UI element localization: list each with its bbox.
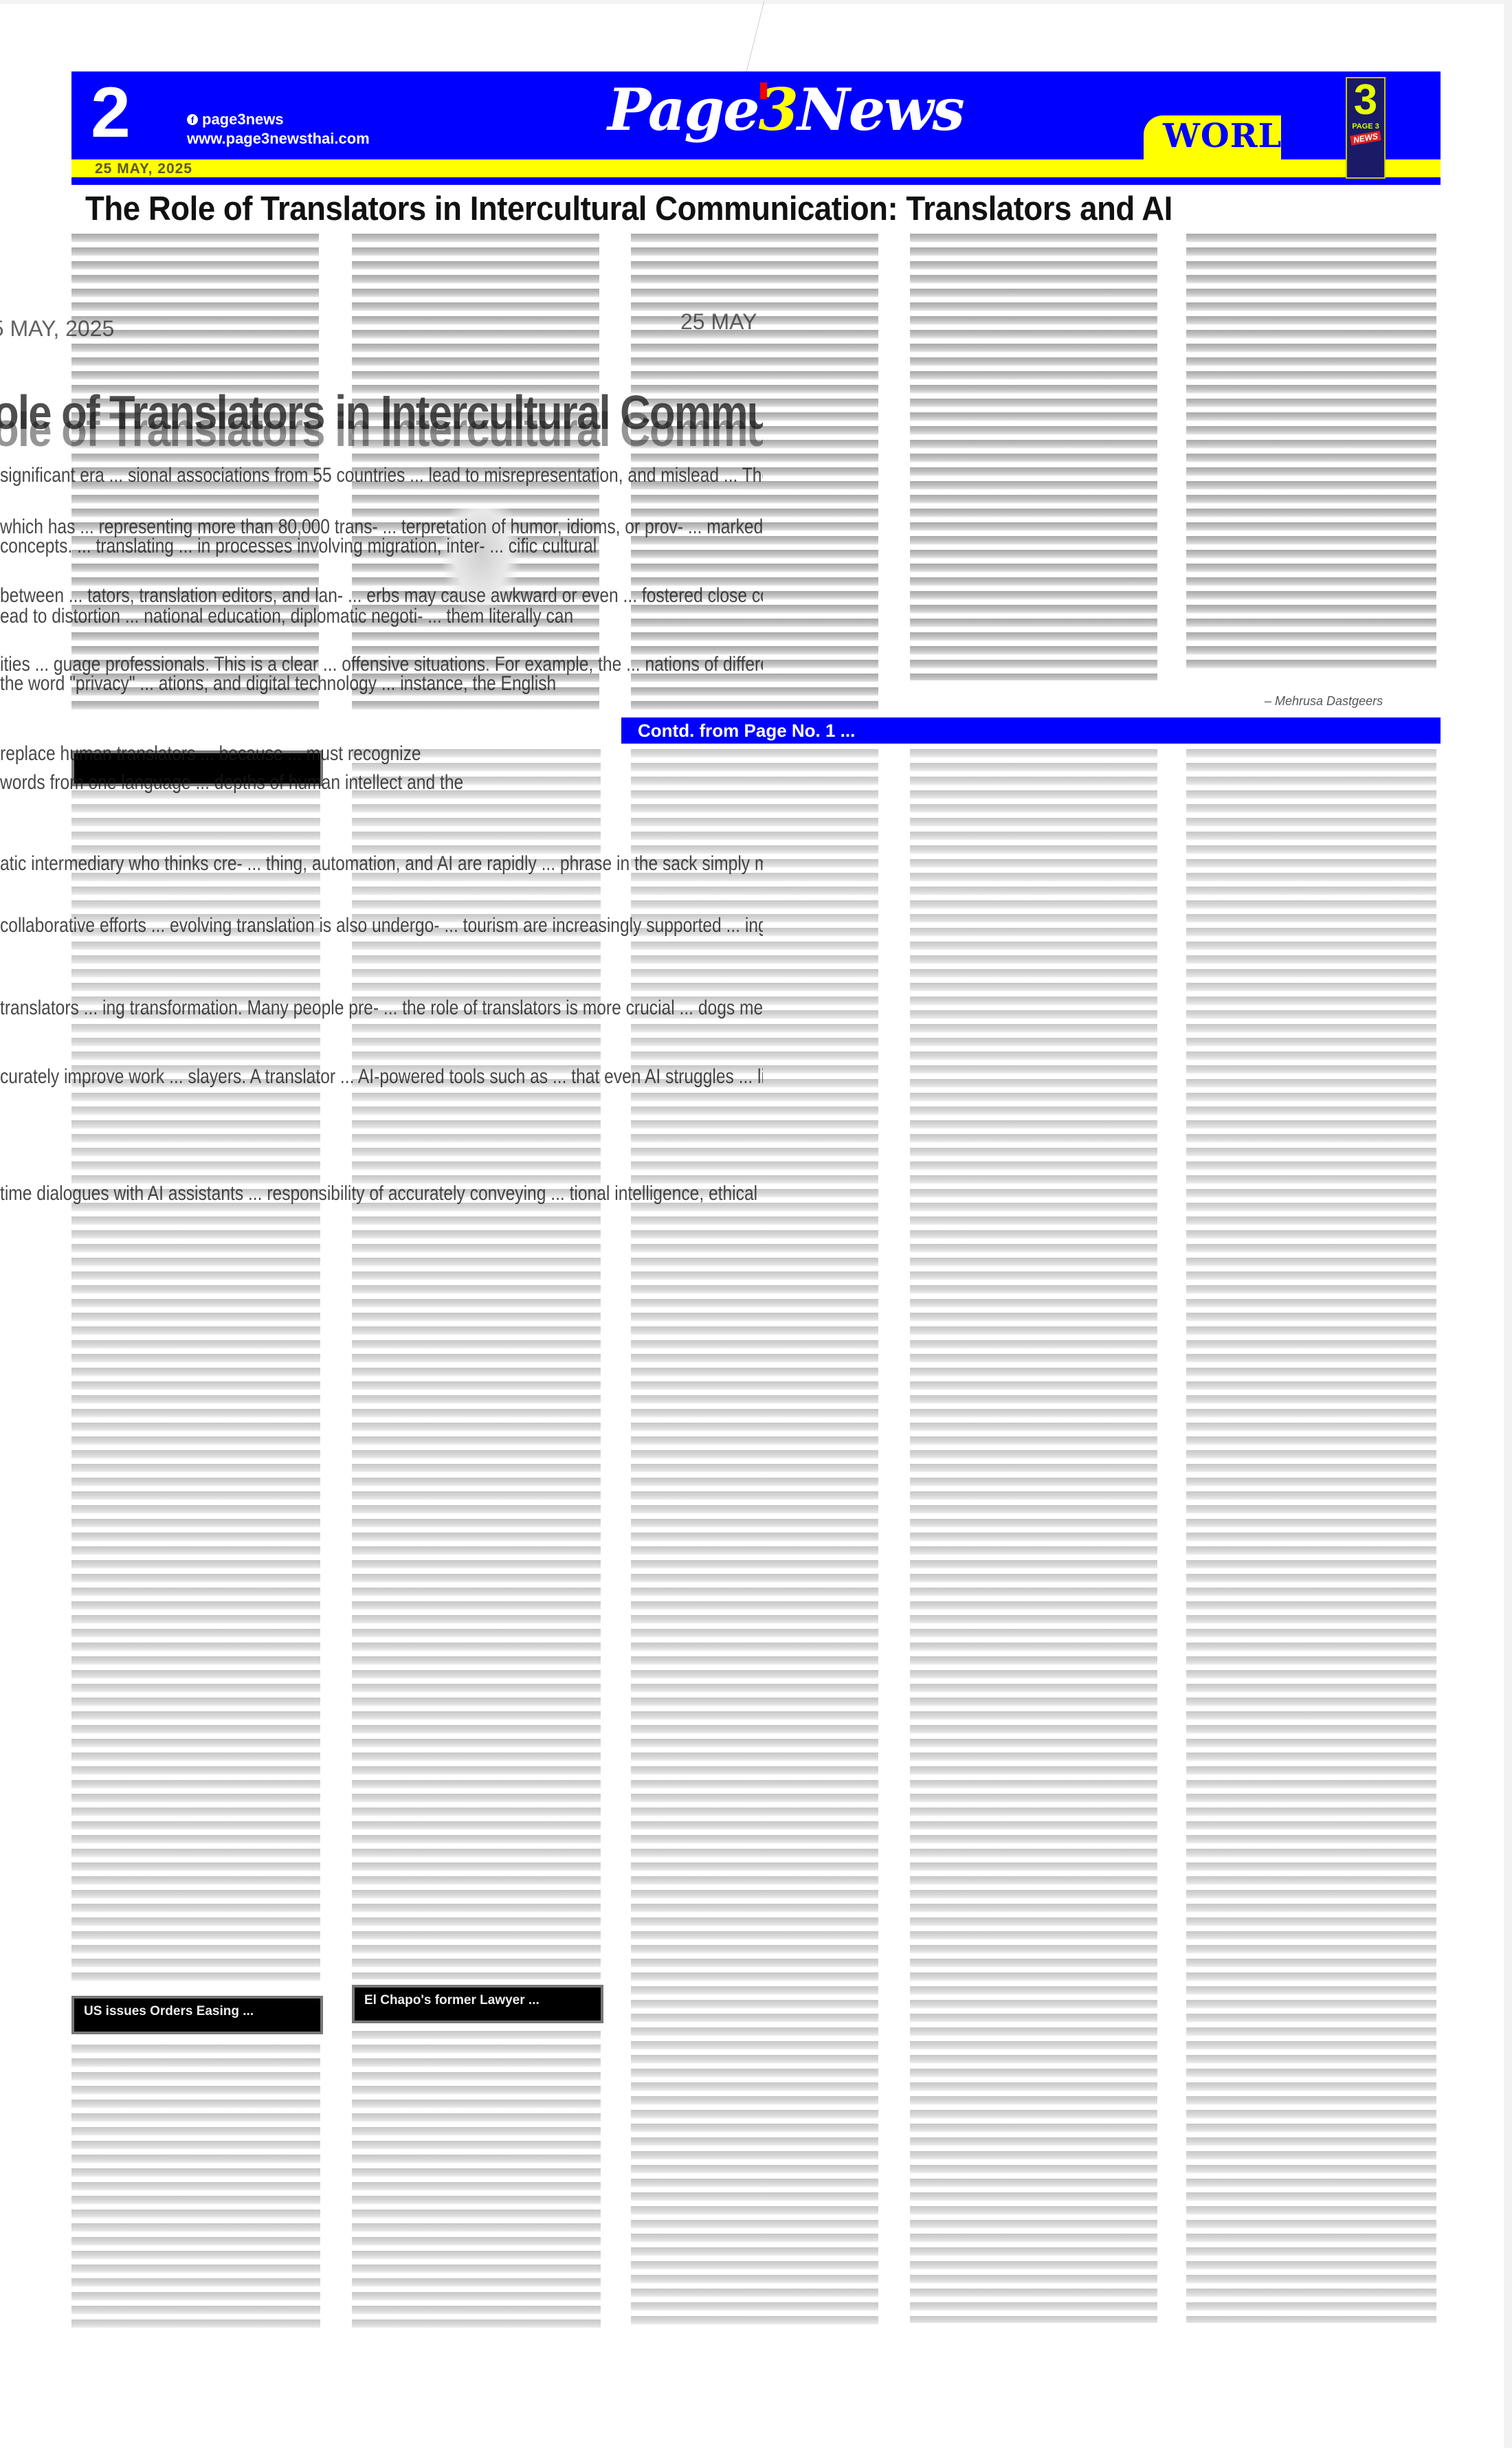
page-top-edge: [0, 0, 1512, 4]
news-column-1: [71, 790, 320, 1986]
logo-suffix: News: [797, 76, 964, 144]
news-column-4: [910, 749, 1157, 2323]
section-header-el-chapo-lawyer[interactable]: El Chapo's former Lawyer ...: [352, 1985, 603, 2023]
us-orders-body: [71, 2045, 320, 2333]
news-column-5: [1186, 749, 1436, 2323]
badge-news: NEWS: [1350, 131, 1381, 145]
social-links: f page3news www.page3newsthai.com: [187, 110, 370, 148]
article-column-4: [910, 234, 1157, 680]
page-number: 2: [91, 77, 131, 148]
website-link[interactable]: www.page3newsthai.com: [187, 130, 370, 148]
article-column-1: [71, 234, 319, 715]
article-headline: The Role of Translators in Intercultural…: [85, 190, 1344, 228]
masthead: 2 f page3news www.page3newsthai.com Page…: [71, 71, 1441, 185]
el-chapo-body: [352, 2031, 601, 2330]
crop-mark: [746, 1, 765, 75]
issue-date: 25 MAY, 2025: [95, 161, 192, 177]
article-column-2: [352, 234, 599, 715]
facebook-icon: f: [187, 114, 198, 125]
badge-label: PAGE 3: [1347, 122, 1384, 131]
section-label: WORLD: [1163, 117, 1311, 155]
masthead-bottom-rule: [71, 177, 1441, 185]
article-byline: – Mehrusa Dastgeers: [1265, 694, 1383, 709]
section-header-us-orders[interactable]: US issues Orders Easing ...: [71, 1996, 323, 2034]
article-column-3: [631, 234, 878, 715]
logo-number: 3: [759, 76, 797, 144]
page3-badge-logo: 3 PAGE 3 NEWS: [1346, 77, 1386, 179]
news-column-2: [352, 749, 601, 1979]
page-right-edge: [1504, 0, 1512, 2448]
news-column-3: [631, 749, 878, 2330]
section-header-col1-top: [71, 750, 323, 786]
date-strip: 25 MAY, 2025: [71, 159, 1441, 177]
article-column-5: [1186, 234, 1436, 674]
badge-number: 3: [1347, 78, 1384, 122]
newspaper-logo: Page3News: [608, 81, 964, 139]
continued-from-page-bar: Contd. from Page No. 1 ...: [621, 717, 1441, 744]
logo-prefix: Page: [608, 76, 759, 144]
continued-label: Contd. from Page No. 1 ...: [638, 720, 855, 742]
facebook-handle[interactable]: page3news: [202, 111, 284, 129]
